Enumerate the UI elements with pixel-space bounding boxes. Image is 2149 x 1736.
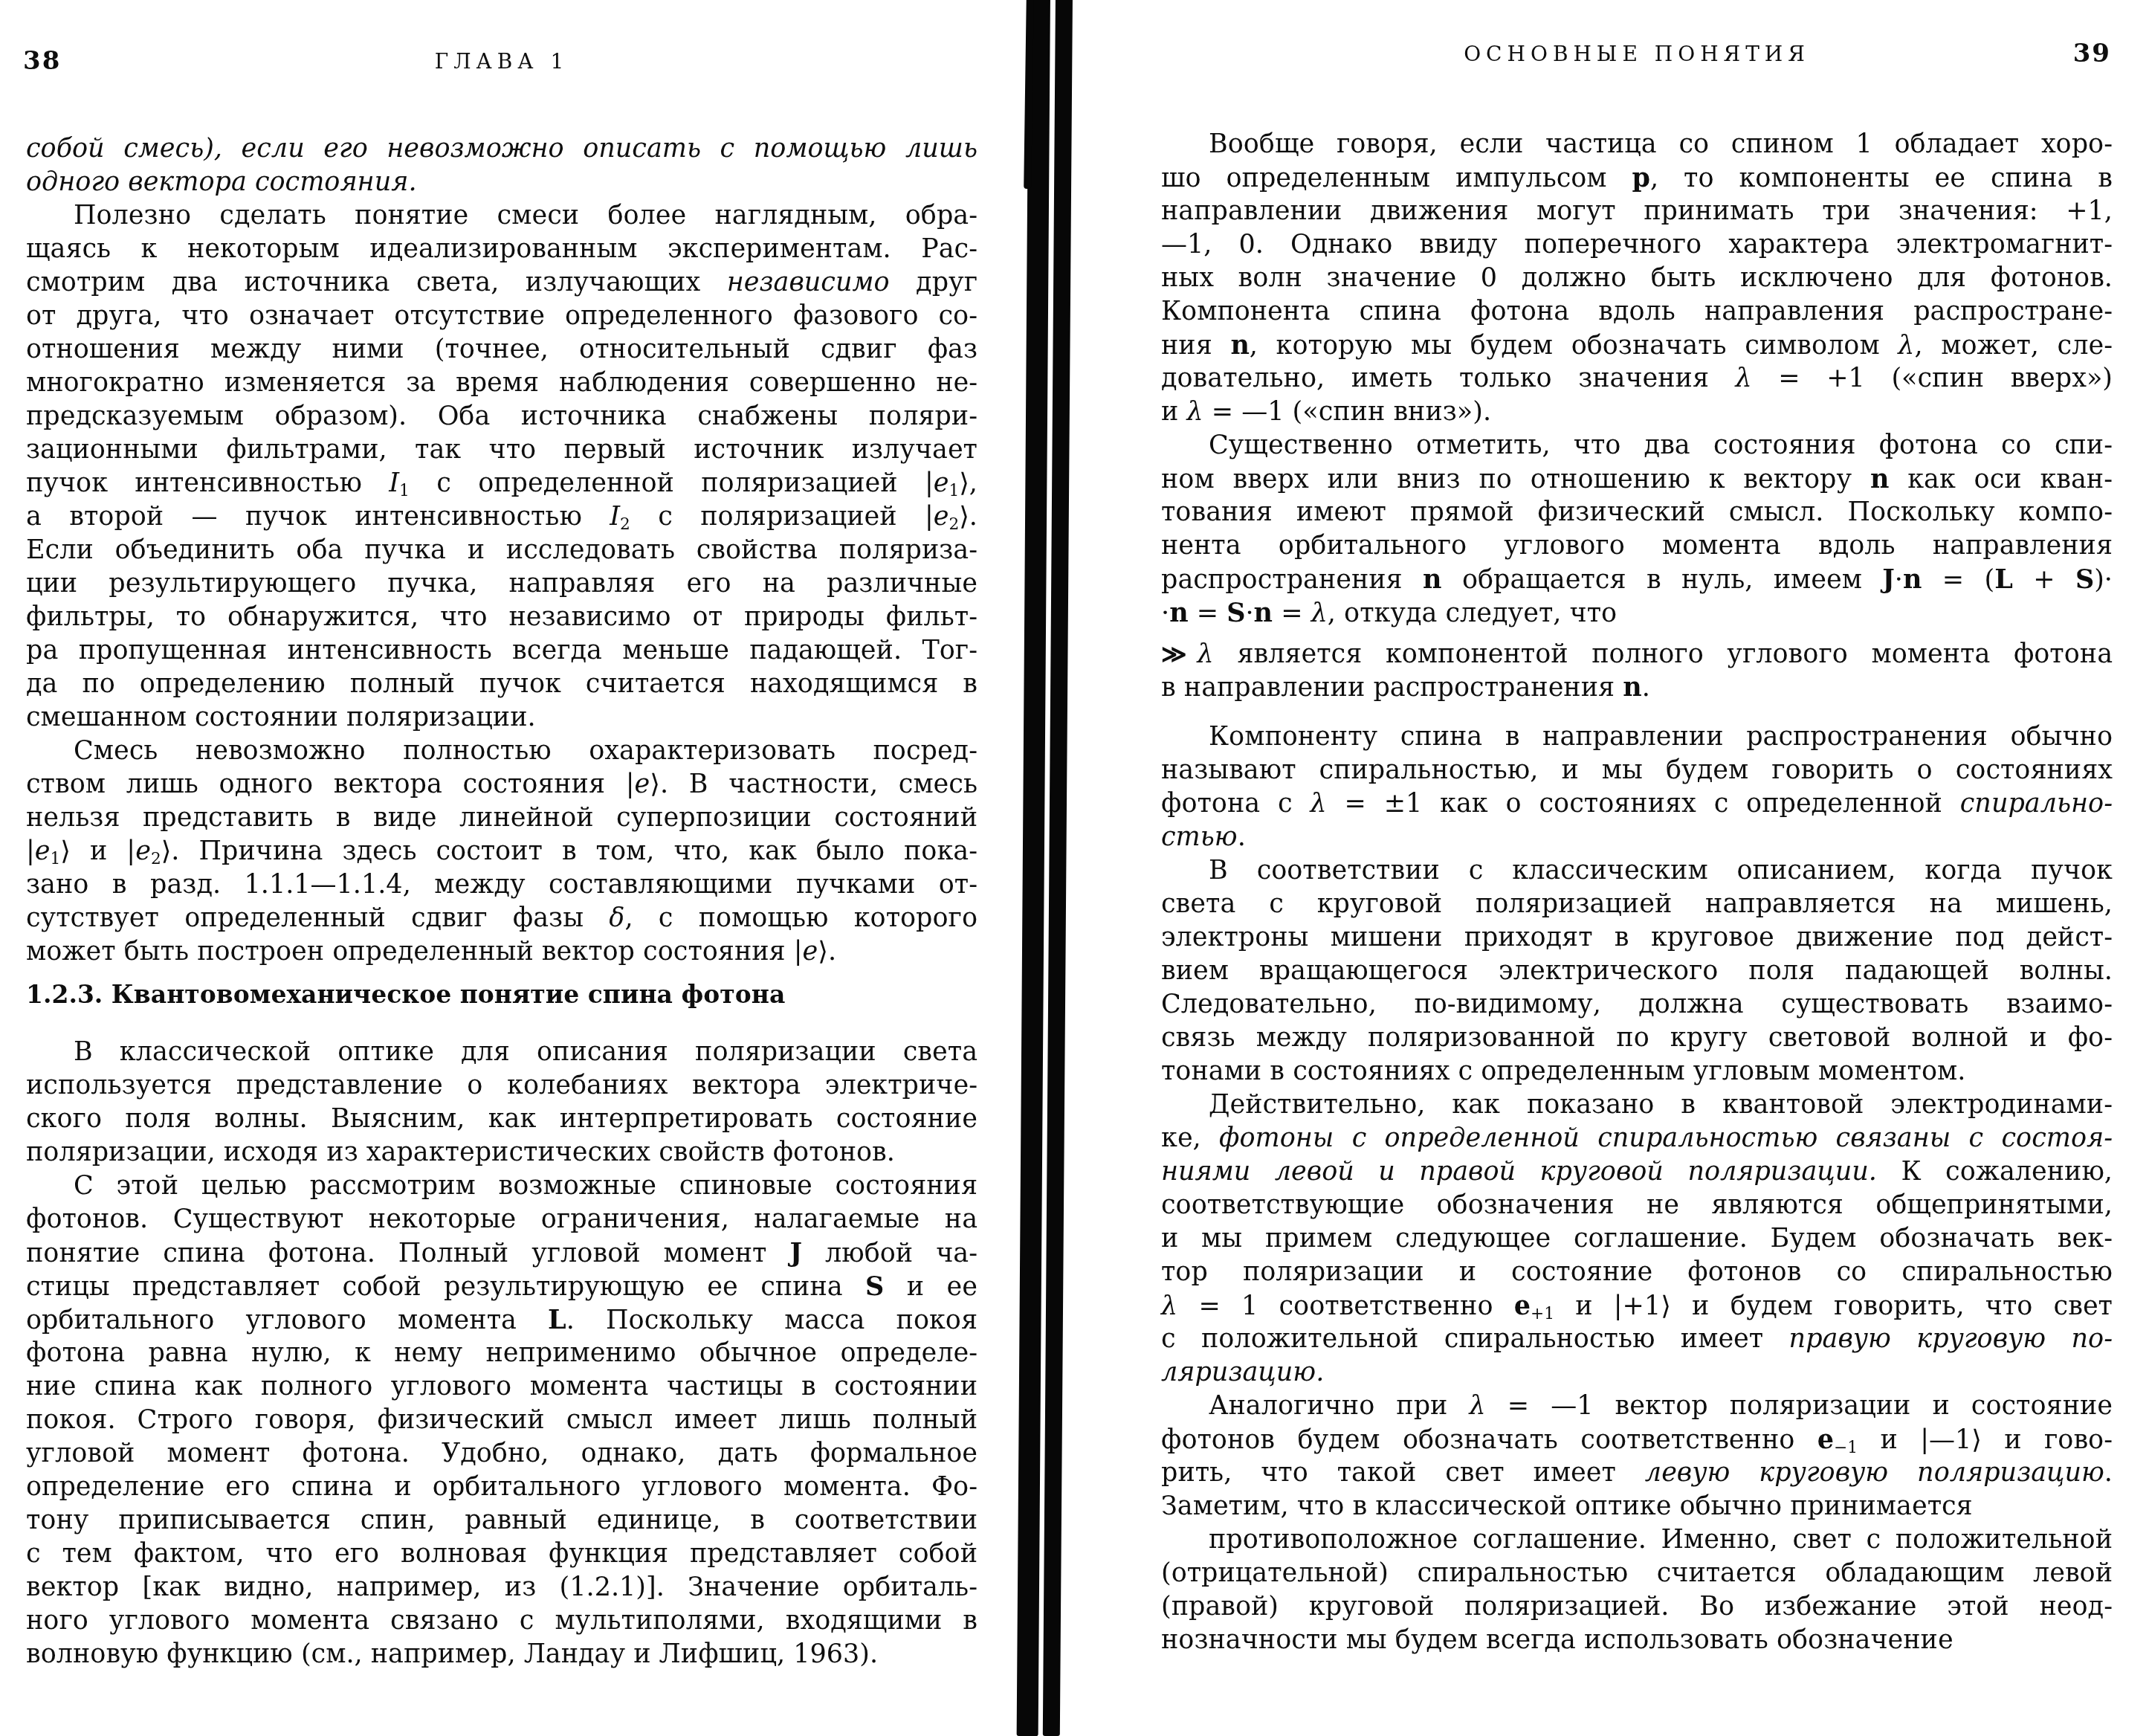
text-line: покоя. Строго говоря, физический смысл и… bbox=[26, 1404, 977, 1437]
text-line: противоположное соглашение. Именно, свет… bbox=[1161, 1523, 2113, 1557]
running-title: ГЛАВА 1 bbox=[26, 49, 977, 74]
text-line: одного вектора состояния. bbox=[26, 166, 977, 199]
text-line: вием вращающегося электрического поля па… bbox=[1161, 955, 2113, 988]
display-statement: ≫λ является компонентой полного углового… bbox=[1161, 637, 2113, 704]
text-line: Следовательно, по-видимому, должна сущес… bbox=[1161, 988, 2113, 1022]
text-line: рить, что такой свет имеет левую кругову… bbox=[1161, 1456, 2113, 1490]
text-line: с тем фактом, что его волновая функция п… bbox=[26, 1537, 977, 1571]
text-line: ции результирующего пучка, направляя его… bbox=[26, 567, 977, 601]
text-line: определение его спина и орбитального угл… bbox=[26, 1471, 977, 1504]
text-line: с положительной спиральностью имеет прав… bbox=[1161, 1323, 2113, 1356]
paragraph: Существенно отметить, что два состояния … bbox=[1161, 429, 2113, 630]
paragraph: Полезно сделать понятие смеси более нагл… bbox=[26, 199, 977, 735]
text-line: ниями левой и правой круговой поляризаци… bbox=[1161, 1155, 2113, 1189]
text-line: ляризацию. bbox=[1161, 1356, 2113, 1390]
text-line: поляризации, исходя из характеристически… bbox=[26, 1136, 977, 1169]
page-right-body: Вообще говоря, если частица со спином 1 … bbox=[1161, 128, 2113, 1657]
text-line: ном вверх или вниз по отношению к вектор… bbox=[1161, 462, 2113, 496]
text-line: В соответствии с классическим описанием,… bbox=[1161, 854, 2113, 888]
text-line: отношения между ними (точнее, относитель… bbox=[26, 333, 977, 367]
text-line: волновую функцию (см., например, Ландау … bbox=[26, 1638, 977, 1671]
text-line: связь между поляризованной по кругу свет… bbox=[1161, 1022, 2113, 1055]
text-line: —1, 0. Однако ввиду поперечного характер… bbox=[1161, 228, 2113, 262]
book-scan: 38 ГЛАВА 1 собой смесь), если его невозм… bbox=[0, 0, 2149, 1723]
text-line: ского поля волны. Выясним, как интерпрет… bbox=[26, 1103, 977, 1136]
paragraph: противоположное соглашение. Именно, свет… bbox=[1161, 1523, 2113, 1657]
text-line: тования имеют прямой физический смысл. П… bbox=[1161, 496, 2113, 529]
text-line: довательно, иметь только значения λ = +1… bbox=[1161, 362, 2113, 396]
paragraph: В соответствии с классическим описанием,… bbox=[1161, 854, 2113, 1088]
text-line: вектор [как видно, например, из (1.2.1)]… bbox=[26, 1571, 977, 1604]
text-line: ных волн значение 0 должно быть исключен… bbox=[1161, 262, 2113, 295]
text-line: может быть построен определенный вектор … bbox=[26, 935, 977, 969]
text-line: стицы представляет собой результирующую … bbox=[26, 1270, 977, 1303]
text-line: фотона равна нулю, к нему неприменимо об… bbox=[26, 1337, 977, 1370]
text-line: смешанном состоянии поляризации. bbox=[26, 701, 977, 735]
text-line: (отрицательной) спиральностью считается … bbox=[1161, 1557, 2113, 1590]
text-line: тор поляризации и состояние фотонов со с… bbox=[1161, 1256, 2113, 1289]
text-line: соответствующие обозначения не являются … bbox=[1161, 1189, 2113, 1222]
text-line: ·n = S·n = λ, откуда следует, что bbox=[1161, 596, 2113, 630]
page-number: 39 bbox=[2073, 39, 2111, 68]
text-line: Действительно, как показано в квантовой … bbox=[1161, 1088, 2113, 1122]
text-line: да по определению полный пучок считается… bbox=[26, 668, 977, 701]
text-line: ке, фотоны с определенной спиральностью … bbox=[1161, 1122, 2113, 1155]
text-line: и мы примем следующее соглашение. Будем … bbox=[1161, 1222, 2113, 1256]
text-line: Если объединить оба пучка и исследовать … bbox=[26, 534, 977, 567]
text-line: фотонов будем обозначать соответственно … bbox=[1161, 1423, 2113, 1456]
text-line: С этой целью рассмотрим возможные спинов… bbox=[26, 1169, 977, 1203]
text-line: зано в разд. 1.1.1—1.1.4, между составля… bbox=[26, 868, 977, 902]
text-line: электроны мишени приходят в круговое дви… bbox=[1161, 921, 2113, 955]
text-line: собой смесь), если его невозможно описат… bbox=[26, 132, 977, 166]
paragraph: Действительно, как показано в квантовой … bbox=[1161, 1088, 2113, 1390]
text-line: зационными фильтрами, так что первый ист… bbox=[26, 433, 977, 467]
paragraph: собой смесь), если его невозможно описат… bbox=[26, 132, 977, 199]
text-line: Вообще говоря, если частица со спином 1 … bbox=[1161, 128, 2113, 161]
page-right-header: ОСНОВНЫЕ ПОНЯТИЯ 39 bbox=[1161, 39, 2113, 76]
text-line: направлении движения могут принимать три… bbox=[1161, 195, 2113, 228]
text-line: ного углового момента связано с мультипо… bbox=[26, 1604, 977, 1638]
text-line: Существенно отметить, что два состояния … bbox=[1161, 429, 2113, 462]
section-heading: 1.2.3. Квантовомеханическое понятие спин… bbox=[26, 978, 977, 1011]
text-line: ра пропущенная интенсивность всегда мень… bbox=[26, 634, 977, 668]
text-line: нельзя представить в виде линейной супер… bbox=[26, 801, 977, 835]
text-line: и λ = —1 («спин вниз»). bbox=[1161, 396, 2113, 429]
text-line: В классической оптике для описания поляр… bbox=[26, 1036, 977, 1069]
pointer-marker-icon: ≫ bbox=[1161, 639, 1184, 668]
text-line: распространения n обращается в нуль, име… bbox=[1161, 563, 2113, 596]
text-line: фотона с λ = ±1 как о состояниях с опред… bbox=[1161, 787, 2113, 821]
text-line: от друга, что означает отсутствие опреде… bbox=[26, 300, 977, 333]
text-line: Смесь невозможно полностью охарактеризов… bbox=[26, 735, 977, 768]
running-title: ОСНОВНЫЕ ПОНЯТИЯ bbox=[1161, 42, 2113, 66]
text-line: Компонента спина фотона вдоль направлени… bbox=[1161, 295, 2113, 329]
paragraph: Компоненту спина в направлении распростр… bbox=[1161, 720, 2113, 854]
text-line: нозначности мы будем всегда использовать… bbox=[1161, 1624, 2113, 1657]
text-line: понятие спина фотона. Полный угловой мом… bbox=[26, 1236, 977, 1270]
text-line: фильтры, то обнаружится, что независимо … bbox=[26, 601, 977, 634]
text-line: смотрим два источника света, излучающих … bbox=[26, 266, 977, 300]
text-line: используется представление о колебаниях … bbox=[26, 1069, 977, 1103]
paragraph: Аналогично при λ = —1 вектор поляризации… bbox=[1161, 1390, 2113, 1523]
text-line: ством лишь одного вектора состояния |e⟩.… bbox=[26, 768, 977, 801]
text-line: сутствует определенный сдвиг фазы δ, с п… bbox=[26, 902, 977, 935]
text-line: предсказуемым образом). Оба источника сн… bbox=[26, 400, 977, 433]
paragraph: С этой целью рассмотрим возможные спинов… bbox=[26, 1169, 977, 1671]
text-line: |e1⟩ и |e2⟩. Причина здесь состоит в том… bbox=[26, 835, 977, 868]
text-line: орбитального углового момента L. Посколь… bbox=[26, 1303, 977, 1337]
page-left-header: 38 ГЛАВА 1 bbox=[26, 46, 977, 83]
text-line: ния n, которую мы будем обозначать симво… bbox=[1161, 329, 2113, 362]
text-line: многократно изменяется за время наблюден… bbox=[26, 367, 977, 400]
text-line: ние спина как полного углового момента ч… bbox=[26, 1370, 977, 1404]
text-line: Заметим, что в классической оптике обычн… bbox=[1161, 1490, 2113, 1523]
page-left-body: собой смесь), если его невозможно описат… bbox=[26, 132, 977, 1671]
text-line: пучок интенсивностью I1 с определенной п… bbox=[26, 467, 977, 500]
text-line: в направлении распространения n. bbox=[1161, 671, 2113, 704]
text-line: λ = 1 соответственно e+1 и |+1⟩ и будем … bbox=[1161, 1289, 2113, 1323]
text-line: нента орбитального углового момента вдол… bbox=[1161, 529, 2113, 563]
text-line: Аналогично при λ = —1 вектор поляризации… bbox=[1161, 1390, 2113, 1423]
text-line: называют спиральностью, и мы будем говор… bbox=[1161, 754, 2113, 787]
text-line: фотонов. Существуют некоторые ограничени… bbox=[26, 1203, 977, 1236]
text-line: тонами в состояниях с определенным углов… bbox=[1161, 1055, 2113, 1088]
text-line: света с круговой поляризацией направляет… bbox=[1161, 888, 2113, 921]
paragraph: Вообще говоря, если частица со спином 1 … bbox=[1161, 128, 2113, 429]
text-line: угловой момент фотона. Удобно, однако, д… bbox=[26, 1437, 977, 1471]
text-line: щаясь к некоторым идеализированным экспе… bbox=[26, 233, 977, 266]
paragraph: В классической оптике для описания поляр… bbox=[26, 1036, 977, 1169]
text-line: тону приписывается спин, равный единице,… bbox=[26, 1504, 977, 1537]
text-line: (правой) круговой поляризацией. Во избеж… bbox=[1161, 1590, 2113, 1624]
text-line: Компоненту спина в направлении распростр… bbox=[1161, 720, 2113, 754]
text-line: шо определенным импульсом p, то компонен… bbox=[1161, 161, 2113, 195]
text-line: ≫λ является компонентой полного углового… bbox=[1161, 637, 2113, 671]
text-line: Полезно сделать понятие смеси более нагл… bbox=[26, 199, 977, 233]
text-line: а второй — пучок интенсивностью I2 с пол… bbox=[26, 500, 977, 534]
text-line: стью. bbox=[1161, 821, 2113, 854]
paragraph: Смесь невозможно полностью охарактеризов… bbox=[26, 735, 977, 969]
